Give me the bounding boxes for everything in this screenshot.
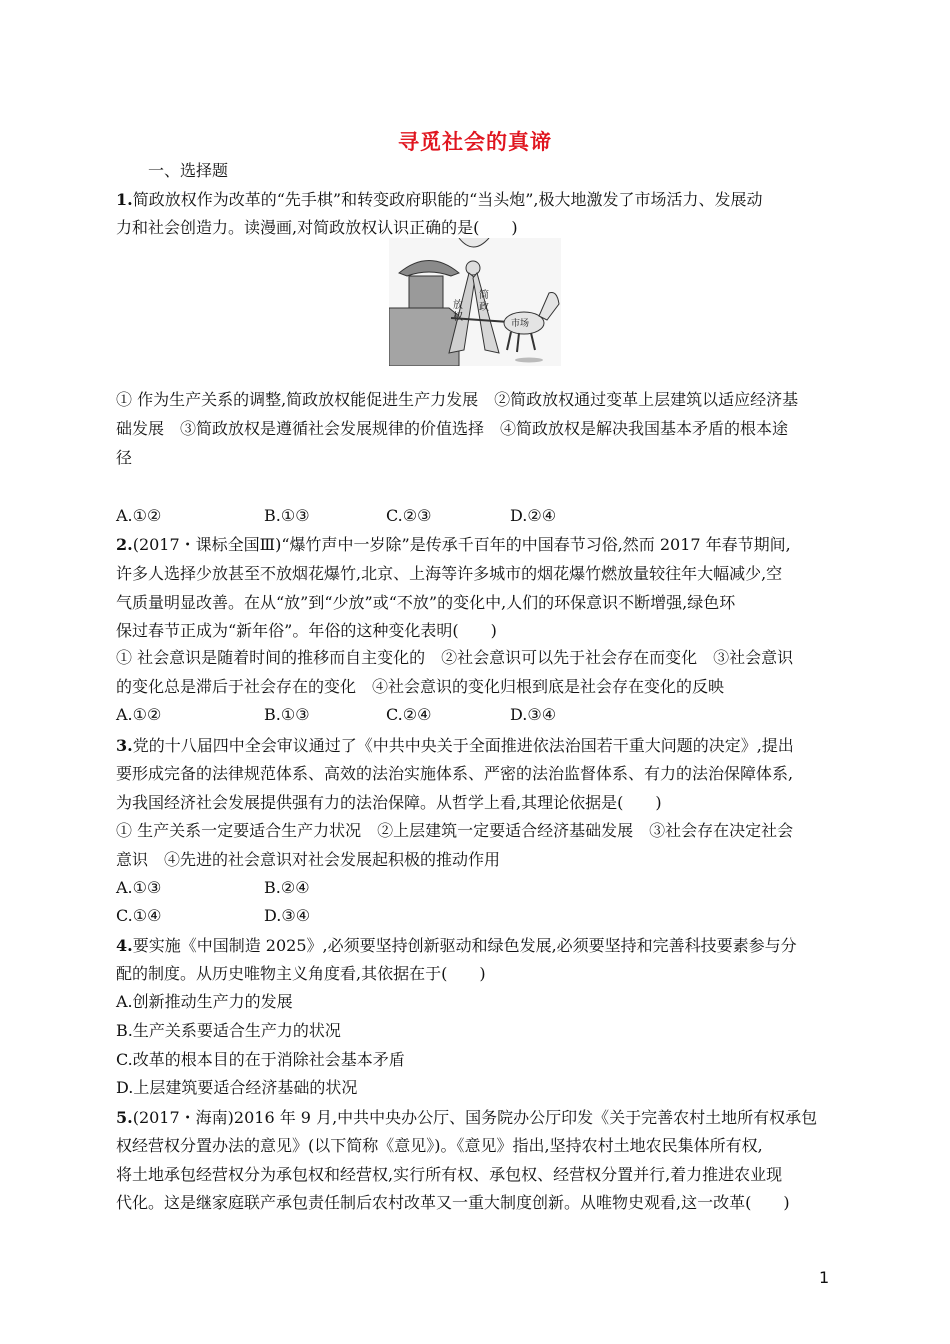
question-stem-line: 4.要实施《中国制造 2025》,必须要坚持创新驱动和绿色发展,必须要坚持和完善… [116,936,836,956]
option-b: B.②④ [264,878,310,898]
option-a: A.①② [116,705,161,725]
horse-label-market: 市场 [511,317,529,329]
option-b: B.①③ [264,506,310,526]
option-d: D.上层建筑要适合经济基础的状况 [116,1078,357,1098]
option-a: A.创新推动生产力的发展 [116,992,293,1012]
page-title: 寻觅社会的真谛 [0,126,950,156]
question-stem-line: 3.党的十八届四中全会审议通过了《中共中央关于全面推进依法治国若干重大问题的决定… [116,736,836,756]
option-d: D.③④ [264,906,310,926]
option-b: B.生产关系要适合生产力的状况 [116,1021,341,1041]
statement-line: ① 生产关系一定要适合生产力状况 ②上层建筑一定要适合经济基础发展 ③社会存在决… [116,821,836,841]
option-c: C.①④ [116,906,161,926]
scissors-label-fangquan: 放 [453,298,463,311]
question-number: 4. [116,936,133,955]
section-heading: 一、选择题 [148,161,868,181]
option-d: D.②④ [510,506,556,526]
question-stem-line: 许多人选择少放甚至不放烟花爆竹,北京、上海等许多城市的烟花爆竹燃放量较往年大幅减… [116,564,836,584]
statement-line: 础发展 ③简政放权是遵循社会发展规律的价值选择 ④简政放权是解决我国基本矛盾的根… [116,419,836,439]
option-c: C.改革的根本目的在于消除社会基本矛盾 [116,1050,405,1070]
statement-line: ① 社会意识是随着时间的推移而自主变化的 ②社会意识可以先于社会存在而变化 ③社… [116,648,836,668]
option-a: A.①③ [116,878,161,898]
document-page: 寻觅社会的真谛 一、选择题 1.简政放权作为改革的“先手棋”和转变政府职能的“当… [0,0,950,1344]
option-c: C.②④ [386,705,431,725]
option-b: B.①③ [264,705,310,725]
svg-text:权: 权 [453,310,463,323]
question-number: 5. [116,1108,133,1127]
question-stem-line: 配的制度。从历史唯物主义角度看,其依据在于( ) [116,964,836,984]
statement-line: 意识 ④先进的社会意识对社会发展起积极的推动作用 [116,850,836,870]
question-stem-line: 5.(2017・海南)2016 年 9 月,中共中央办公厅、国务院办公厅印发《关… [116,1108,836,1128]
question-stem-line: 权经营权分置办法的意见》(以下简称《意见》)。《意见》指出,坚持农村土地农民集体… [116,1136,836,1156]
statement-line: 径 [116,448,836,468]
scissors-label-jianzheng: 简 [479,288,489,301]
question-stem-line: 将土地承包经营权分为承包权和经营权,实行所有权、承包权、经营权分置并行,着力推进… [116,1165,836,1185]
option-a: A.①② [116,506,161,526]
option-c: C.②③ [386,506,431,526]
question-stem-line: 力和社会创造力。读漫画,对简政放权认识正确的是( ) [116,218,836,238]
question-stem-line: 1.简政放权作为改革的“先手棋”和转变政府职能的“当头炮”,极大地激发了市场活力… [116,190,836,210]
question-stem-line: 要形成完备的法律规范体系、高效的法治实施体系、严密的法治监督体系、有力的法治保障… [116,764,836,784]
question-number: 1. [116,190,133,209]
question-stem-line: 为我国经济社会发展提供强有力的法治保障。从哲学上看,其理论依据是( ) [116,793,836,813]
page-number: 1 [819,1268,829,1287]
question-stem-line: 保过春节正成为“新年俗”。年俗的这种变化表明( ) [116,621,836,641]
cartoon-illustration: 放 权 简 政 市场 [389,238,561,366]
svg-text:政: 政 [479,300,489,313]
question-number: 2. [116,535,133,554]
option-d: D.③④ [510,705,556,725]
statement-line: ① 作为生产关系的调整,简政放权能促进生产力发展 ②简政放权通过变革上层建筑以适… [116,390,836,410]
question-stem-line: 代化。这是继家庭联产承包责任制后农村改革又一重大制度创新。从唯物史观看,这一改革… [116,1193,836,1213]
question-stem-line: 2.(2017・课标全国Ⅲ)“爆竹声中一岁除”是传承千百年的中国春节习俗,然而 … [116,535,836,555]
statement-line: 的变化总是滞后于社会存在的变化 ④社会意识的变化归根到底是社会存在变化的反映 [116,677,836,697]
question-number: 3. [116,736,133,755]
question-stem-line: 气质量明显改善。在从“放”到“少放”或“不放”的变化中,人们的环保意识不断增强,… [116,593,836,613]
